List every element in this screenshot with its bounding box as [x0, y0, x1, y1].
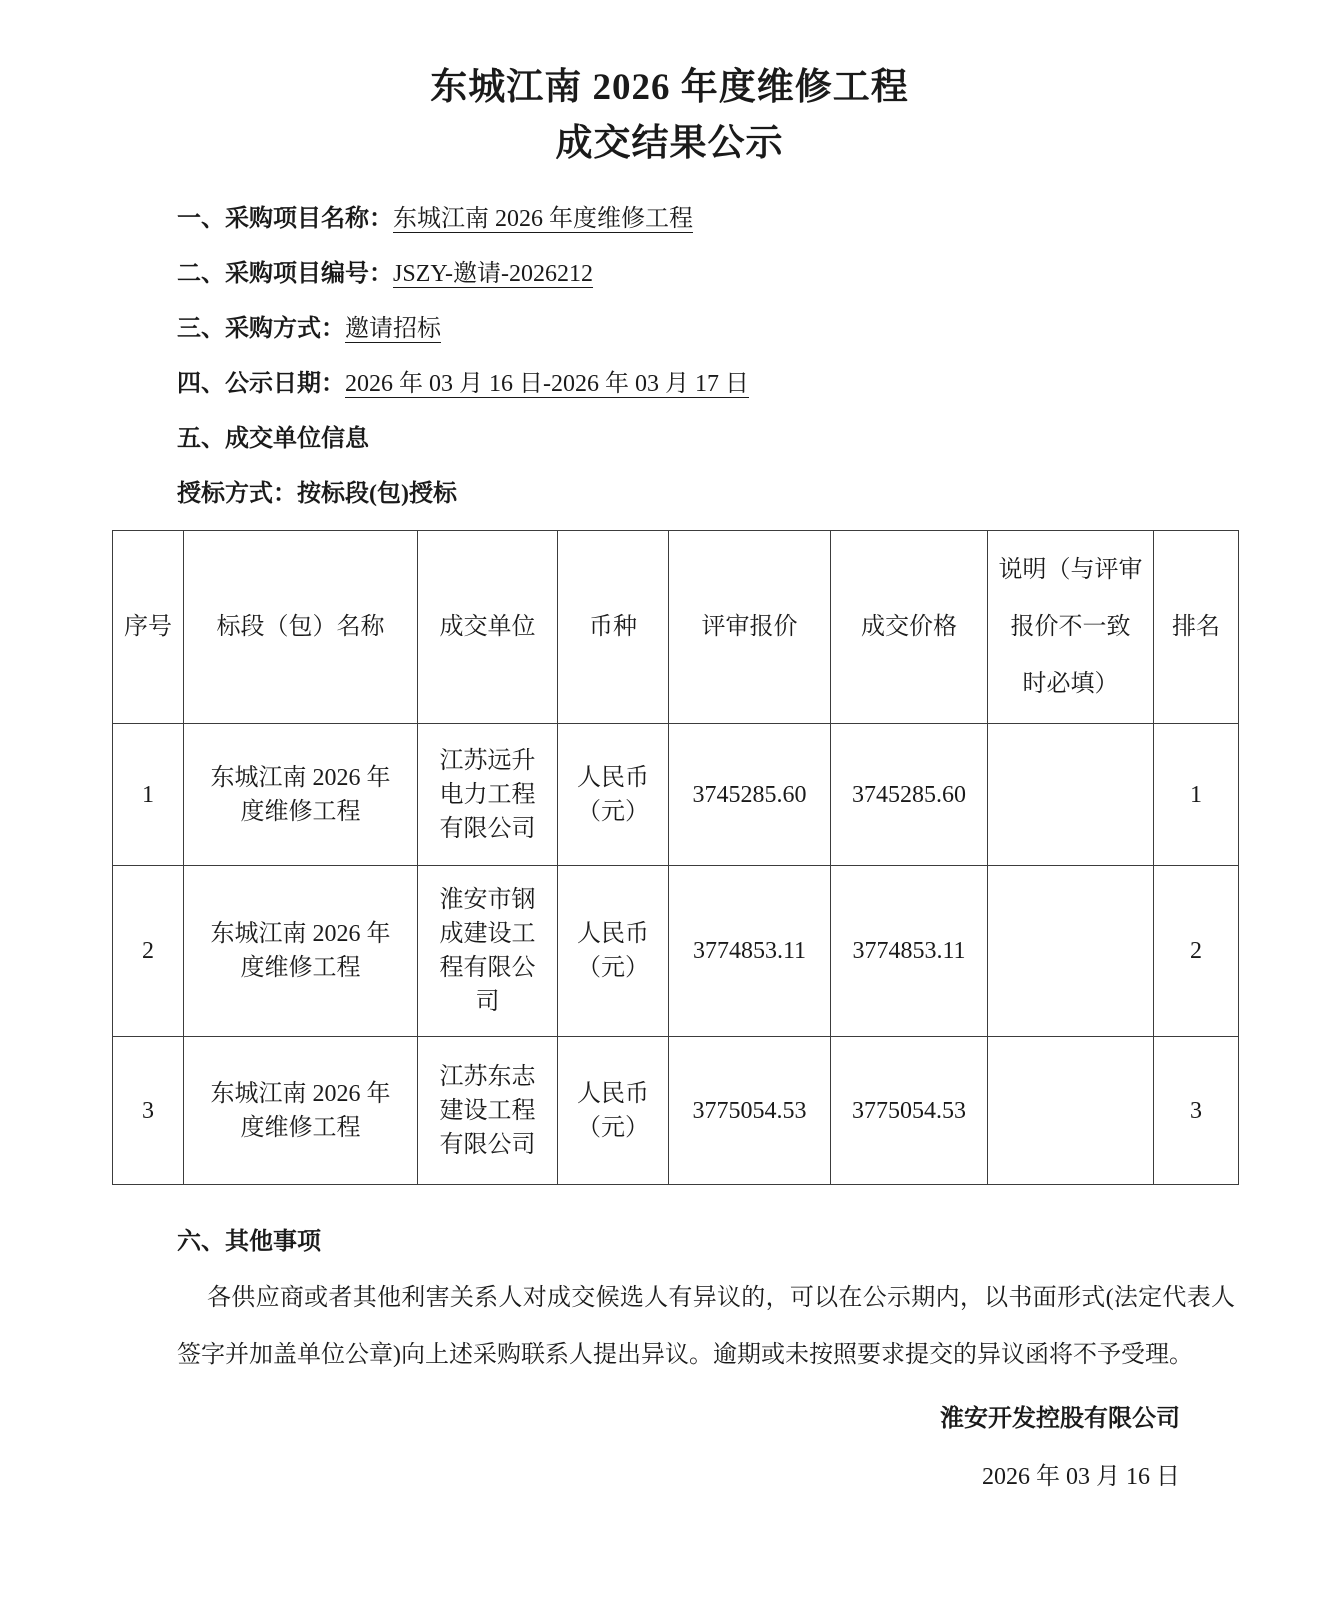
cell-package-name: 东城江南 2026 年 度维修工程	[184, 1037, 418, 1185]
cell-rank: 1	[1154, 724, 1239, 866]
section-other-paragraph: 各供应商或者其他利害关系人对成交候选人有异议的，可以在公示期内，以书面形式(法定…	[177, 1270, 1235, 1384]
cell-note	[988, 866, 1154, 1037]
table-row: 3 东城江南 2026 年 度维修工程 江苏东志 建设工程 有限公司 人民币 （…	[113, 1037, 1239, 1185]
item-label: 五、成交单位信息	[177, 426, 369, 452]
header-rank: 排名	[1154, 531, 1239, 724]
cell-supplier: 淮安市钢 成建设工 程有限公 司	[418, 866, 558, 1037]
item-project-number: 二、采购项目编号：JSZY-邀请-2026212	[177, 247, 1235, 302]
cell-review-price: 3774853.11	[669, 866, 831, 1037]
cell-deal-price: 3775054.53	[831, 1037, 988, 1185]
doc-title-line1: 东城江南 2026 年度维修工程	[104, 60, 1235, 116]
header-package-name: 标段（包）名称	[184, 531, 418, 724]
item-value: 东城江南 2026 年度维修工程	[393, 206, 693, 232]
cell-currency: 人民币 （元）	[558, 1037, 669, 1185]
item-procurement-method: 三、采购方式：邀请招标	[177, 302, 1235, 357]
item-label: 四、公示日期：	[177, 371, 345, 397]
cell-deal-price: 3745285.60	[831, 724, 988, 866]
cell-rank: 3	[1154, 1037, 1239, 1185]
cell-seq: 2	[113, 866, 184, 1037]
cell-note	[988, 724, 1154, 866]
cell-review-price: 3775054.53	[669, 1037, 831, 1185]
cell-currency: 人民币 （元）	[558, 866, 669, 1037]
item-value: 2026 年 03 月 16 日-2026 年 03 月 17 日	[345, 371, 749, 397]
award-method-line: 授标方式：按标段(包)授标	[177, 467, 1235, 522]
signature-block: 淮安开发控股有限公司 2026 年 03 月 16 日	[104, 1390, 1235, 1506]
header-deal-price: 成交价格	[831, 531, 988, 724]
table-header-row: 序号 标段（包）名称 成交单位 币种 评审报价 成交价格 说明（与评审 报价不一…	[113, 531, 1239, 724]
cell-package-name: 东城江南 2026 年 度维修工程	[184, 724, 418, 866]
cell-seq: 3	[113, 1037, 184, 1185]
cell-package-name: 东城江南 2026 年 度维修工程	[184, 866, 418, 1037]
table-row: 2 东城江南 2026 年 度维修工程 淮安市钢 成建设工 程有限公 司 人民币…	[113, 866, 1239, 1037]
cell-review-price: 3745285.60	[669, 724, 831, 866]
item-value: JSZY-邀请-2026212	[393, 261, 593, 287]
item-label: 一、采购项目名称：	[177, 206, 393, 232]
doc-title-line2: 成交结果公示	[104, 116, 1235, 172]
cell-note	[988, 1037, 1154, 1185]
item-value: 邀请招标	[345, 316, 441, 342]
header-note: 说明（与评审 报价不一致 时必填）	[988, 531, 1154, 724]
footer-company-name: 淮安开发控股有限公司	[104, 1390, 1180, 1448]
cell-supplier: 江苏东志 建设工程 有限公司	[418, 1037, 558, 1185]
cell-seq: 1	[113, 724, 184, 866]
document-page: 东城江南 2026 年度维修工程 成交结果公示 一、采购项目名称：东城江南 20…	[0, 0, 1334, 1600]
cell-currency: 人民币 （元）	[558, 724, 669, 866]
cell-rank: 2	[1154, 866, 1239, 1037]
item-project-name: 一、采购项目名称：东城江南 2026 年度维修工程	[177, 192, 1235, 247]
results-table: 序号 标段（包）名称 成交单位 币种 评审报价 成交价格 说明（与评审 报价不一…	[112, 530, 1239, 1185]
award-method-value: 按标段(包)授标	[297, 481, 457, 507]
header-winning-supplier: 成交单位	[418, 531, 558, 724]
header-seq: 序号	[113, 531, 184, 724]
item-winner-info-heading: 五、成交单位信息	[177, 412, 1235, 467]
header-review-price: 评审报价	[669, 531, 831, 724]
section-other-heading: 六、其他事项	[177, 1215, 1235, 1270]
info-items: 一、采购项目名称：东城江南 2026 年度维修工程 二、采购项目编号：JSZY-…	[177, 192, 1235, 522]
header-currency: 币种	[558, 531, 669, 724]
cell-deal-price: 3774853.11	[831, 866, 988, 1037]
item-label: 二、采购项目编号：	[177, 261, 393, 287]
footer-date: 2026 年 03 月 16 日	[104, 1448, 1180, 1506]
cell-supplier: 江苏远升 电力工程 有限公司	[418, 724, 558, 866]
award-method-label: 授标方式：	[177, 481, 297, 507]
item-label: 三、采购方式：	[177, 316, 345, 342]
table-row: 1 东城江南 2026 年 度维修工程 江苏远升 电力工程 有限公司 人民币 （…	[113, 724, 1239, 866]
item-announcement-period: 四、公示日期：2026 年 03 月 16 日-2026 年 03 月 17 日	[177, 357, 1235, 412]
